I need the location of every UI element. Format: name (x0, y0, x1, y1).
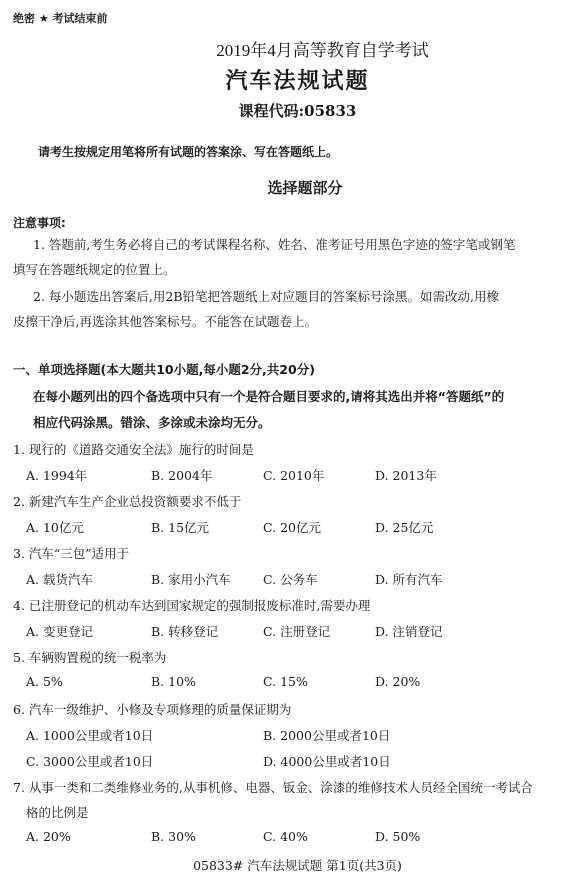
note-1-line1: 1. 答题前,考生务必将自己的考试课程名称、姓名、准考证号用黑色字迹的签字笔或钢… (33, 232, 515, 257)
question-4-option-d: D. 注销登记 (375, 622, 443, 640)
question-2-option-b: B. 15亿元 (151, 518, 209, 536)
question-1-option-d: D. 2013年 (375, 466, 437, 484)
notes-heading: 注意事项: (13, 214, 66, 231)
question-3-option-a: A. 载货汽车 (26, 570, 93, 588)
main-title: 汽车法规试题 (0, 64, 585, 95)
question-2-stem: 2. 新建汽车生产企业总投资额要求不低于 (13, 492, 241, 510)
question-5-stem: 5. 车辆购置税的统一税率为 (13, 648, 166, 666)
question-2-option-d: D. 25亿元 (375, 518, 433, 536)
answer-instruction: 请考生按规定用笔将所有试题的答案涂、写在答题纸上。 (38, 143, 338, 160)
confidential-label: 绝密 ★ 考试结束前 (13, 10, 108, 26)
question-4-option-c: C. 注册登记 (263, 622, 330, 640)
question-5-option-a: A. 5% (26, 674, 63, 689)
question-5-option-c: C. 15% (263, 674, 308, 689)
question-3-option-b: B. 家用小汽车 (151, 570, 231, 588)
question-1-option-c: C. 2010年 (263, 466, 324, 484)
question-5-option-b: B. 10% (151, 674, 196, 689)
question-3-stem: 3. 汽车“三包”适用于 (13, 544, 129, 562)
question-2-option-a: A. 10亿元 (26, 518, 84, 536)
page-footer: 05833# 汽车法规试题 第1页(共3页) (0, 856, 585, 874)
question-7-option-b: B. 30% (151, 829, 196, 844)
question-6-option-d: D. 4000公里或者10日 (263, 752, 391, 770)
question-7-option-a: A. 20% (26, 829, 71, 844)
question-2-option-c: C. 20亿元 (263, 518, 321, 536)
question-7-option-c: C. 40% (263, 829, 308, 844)
question-6-stem: 6. 汽车一级维护、小修及专项修理的质量保证期为 (13, 700, 291, 718)
course-code: 课程代码:05833 (0, 100, 585, 121)
question-1-option-b: B. 2004年 (151, 466, 212, 484)
mcq-description-line1: 在每小题列出的四个备选项中只有一个是符合题目要求的,请将其选出并将“答题纸”的 (33, 387, 504, 405)
question-7-stem: 7. 从事一类和二类维修业务的,从事机修、电器、钣金、涂漆的维修技术人员经全国统… (13, 778, 533, 796)
question-4-option-b: B. 转移登记 (151, 622, 218, 640)
note-1-line2: 填写在答题纸规定的位置上。 (13, 257, 176, 282)
question-4-option-a: A. 变更登记 (26, 622, 93, 640)
note-2-line2: 皮擦干净后,再选涂其他答案标号。不能答在试题卷上。 (13, 309, 317, 334)
question-5-option-d: D. 20% (375, 674, 420, 689)
question-4-stem: 4. 已注册登记的机动车达到国家规定的强制报废标准时,需要办理 (13, 596, 370, 614)
section-title: 选择题部分 (0, 177, 585, 198)
question-7-option-d: D. 50% (375, 829, 420, 844)
question-1-stem: 1. 现行的《道路交通安全法》施行的时间是 (13, 440, 254, 458)
question-6-option-a: A. 1000公里或者10日 (26, 726, 153, 744)
question-6-option-b: B. 2000公里或者10日 (263, 726, 390, 744)
question-7-stem-line2: 格的比例是 (26, 803, 89, 821)
question-6-option-c: C. 3000公里或者10日 (26, 752, 153, 770)
question-1-option-a: A. 1994年 (26, 466, 87, 484)
question-3-option-d: D. 所有汽车 (375, 570, 443, 588)
mcq-heading: 一、单项选择题(本大题共10小题,每小题2分,共20分) (13, 360, 315, 378)
exam-title: 2019年4月高等教育自学考试 (0, 36, 585, 61)
question-3-option-c: C. 公务车 (263, 570, 318, 588)
note-2-line1: 2. 每小题选出答案后,用2B铅笔把答题纸上对应题目的答案标号涂黑。如需改动,用… (33, 284, 499, 309)
mcq-description-line2: 相应代码涂黑。错涂、多涂或未涂均无分。 (33, 413, 271, 431)
